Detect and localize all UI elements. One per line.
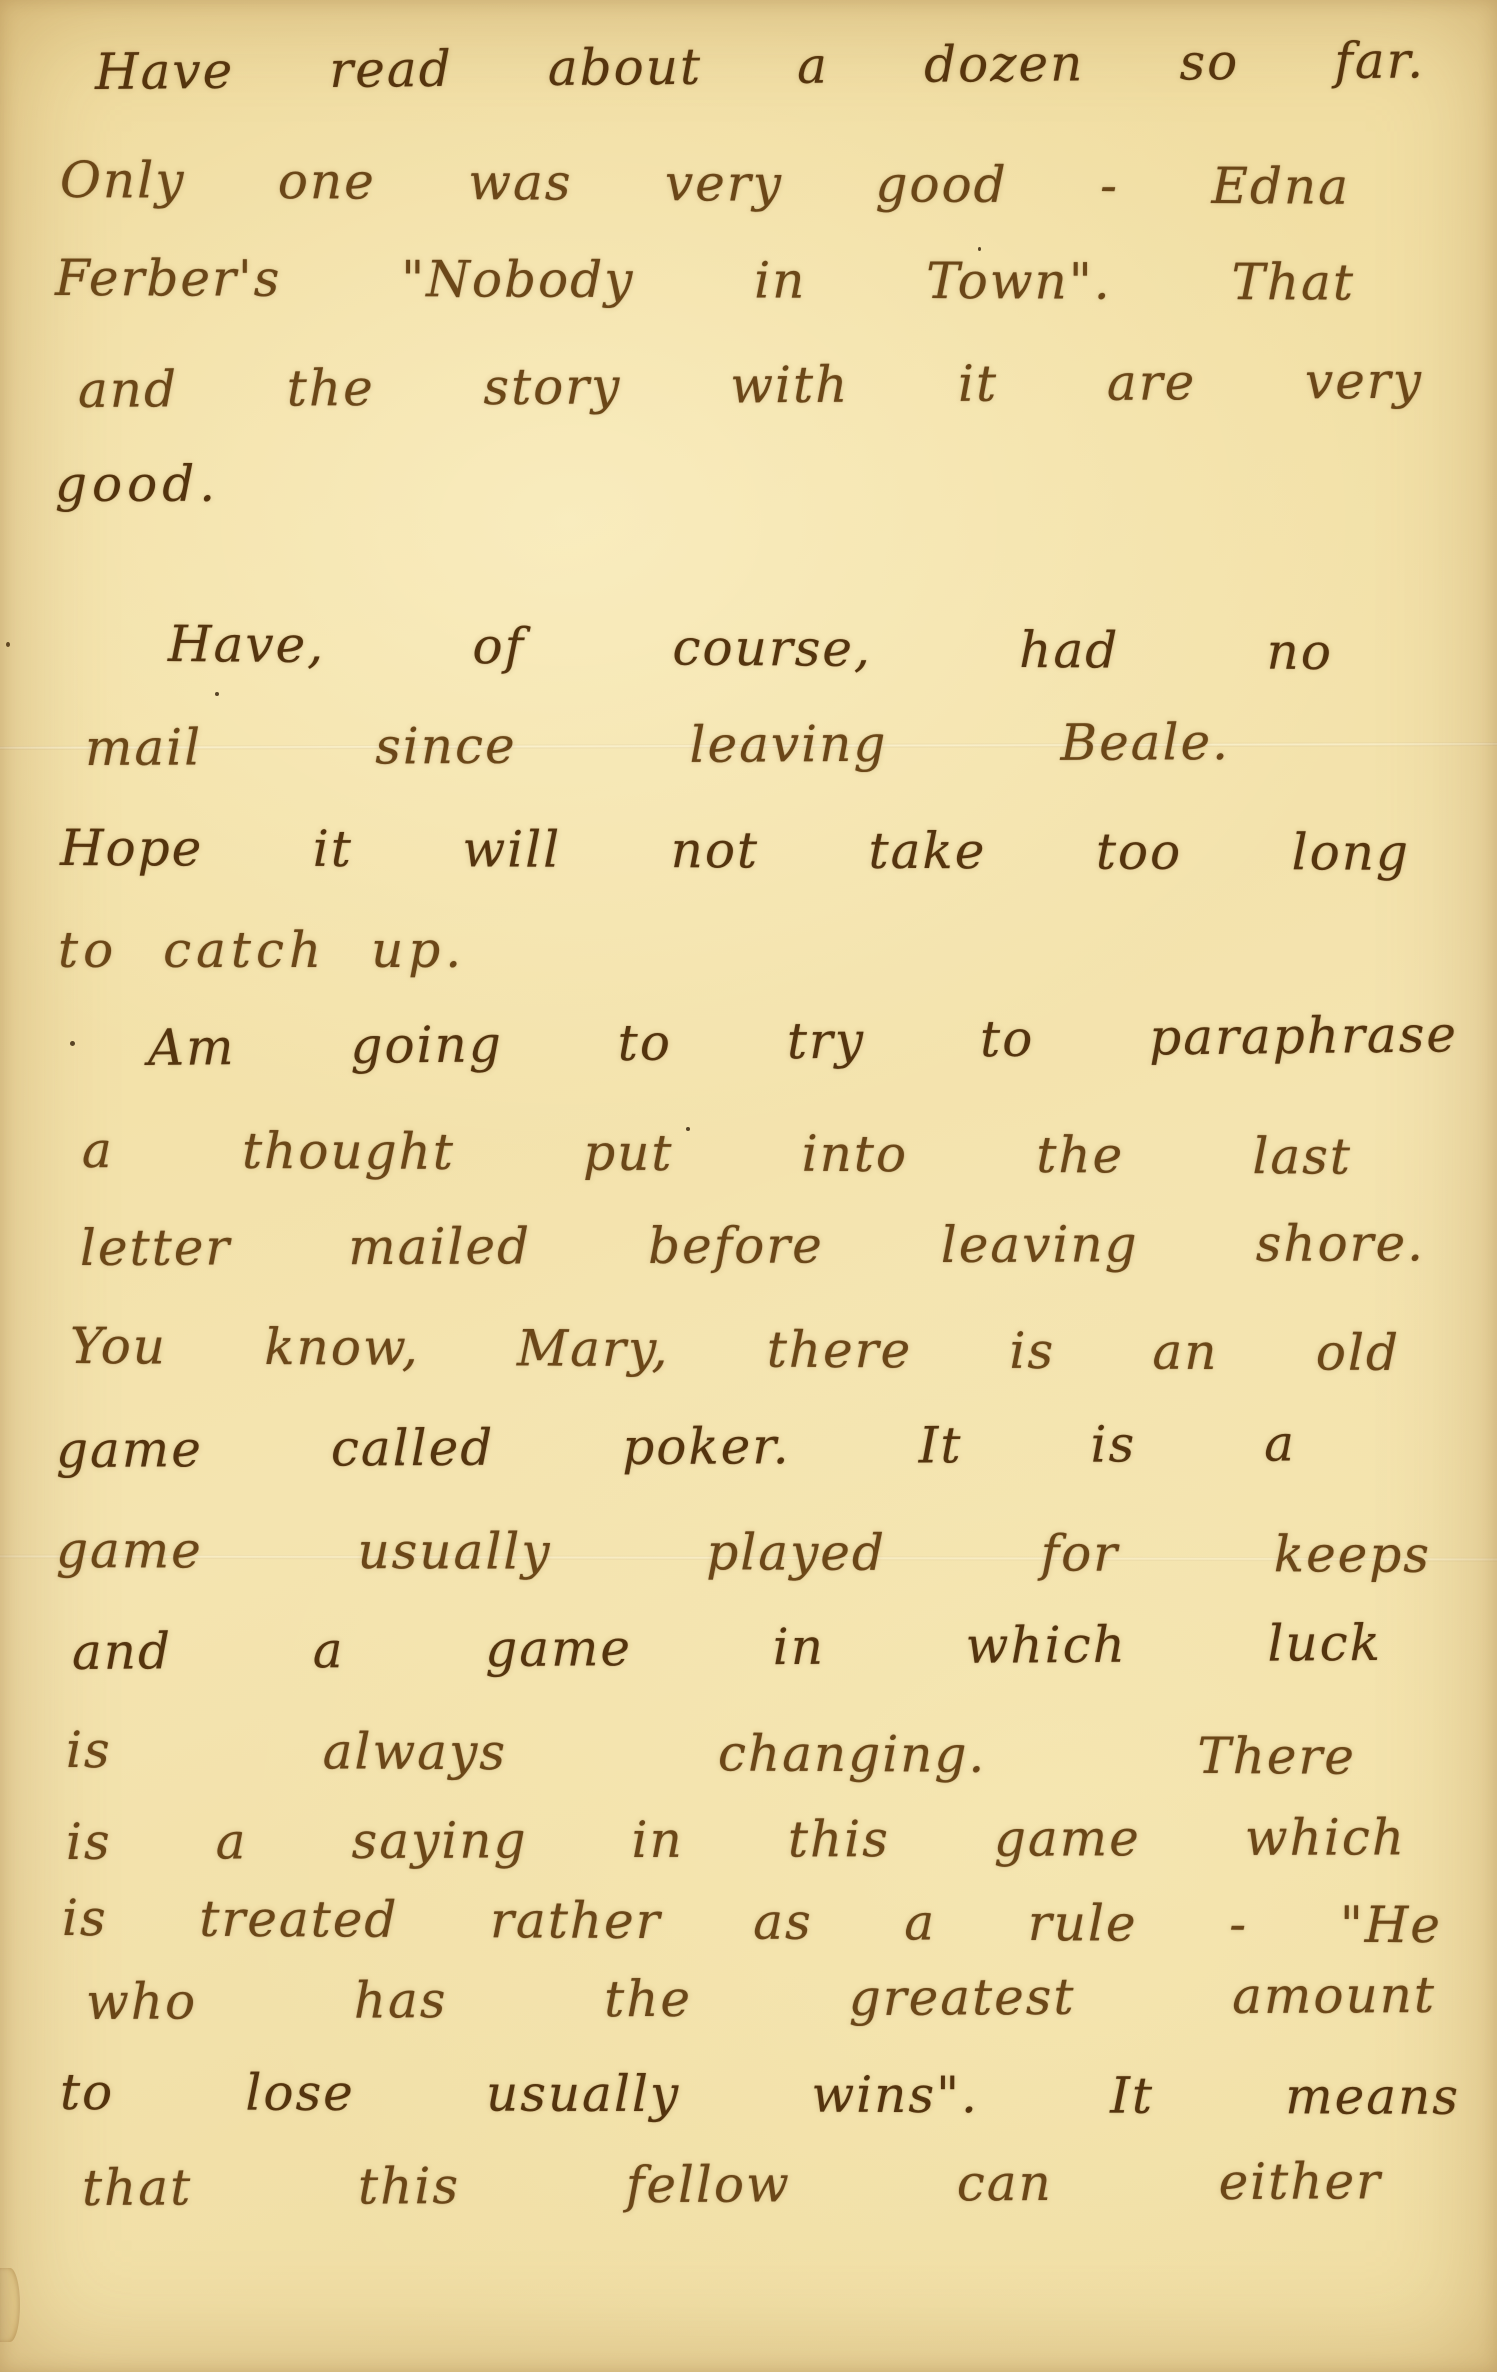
handwritten-line: to lose usually wins". It means [60, 2060, 1460, 2129]
handwritten-line: good. [55, 452, 220, 516]
handwritten-line: Have, of course, had no [168, 612, 1333, 684]
handwritten-line: that this fellow can either [82, 2149, 1382, 2220]
paper-edge-chip [0, 2268, 20, 2342]
handwritten-line: game called poker. It is a [56, 1412, 1296, 1482]
handwritten-line: Hope it will not take too long [60, 816, 1410, 885]
ink-speck [978, 247, 981, 251]
handwritten-line: is a saying in this game which [66, 1805, 1406, 1874]
handwritten-line: a thought put into the last [82, 1118, 1352, 1189]
handwritten-line: is treated rather as a rule - "He [62, 1886, 1442, 1957]
ink-speck [6, 642, 10, 647]
handwritten-line: is always changing. There [66, 1718, 1356, 1789]
handwritten-line: who has the greatest amount [86, 1963, 1436, 2034]
handwritten-line: Am going to try to paraphrase [148, 1002, 1459, 1080]
handwritten-line: Ferber's "Nobody in Town". That [55, 246, 1355, 315]
handwritten-line: Only one was very good - Edna [60, 148, 1350, 219]
handwritten-line: You know, Mary, there is an old [70, 1314, 1400, 1385]
handwritten-line: game usually played for keeps [56, 1518, 1431, 1587]
letter-page: Have read about a dozen so far. Only one… [0, 0, 1497, 2372]
ink-speck [215, 692, 219, 696]
ink-speck [398, 1460, 402, 1464]
handwritten-line: letter mailed before leaving shore. [80, 1211, 1425, 1280]
handwritten-line: mail since leaving Beale. [85, 710, 1230, 780]
ink-speck [70, 1041, 75, 1046]
handwritten-line: to catch up. [58, 918, 466, 982]
handwritten-line: and a game in which luck [72, 1611, 1382, 1684]
ink-speck [686, 1127, 690, 1131]
handwritten-line: Have read about a dozen so far. [95, 28, 1426, 104]
handwritten-line: and the story with it are very [78, 349, 1423, 422]
